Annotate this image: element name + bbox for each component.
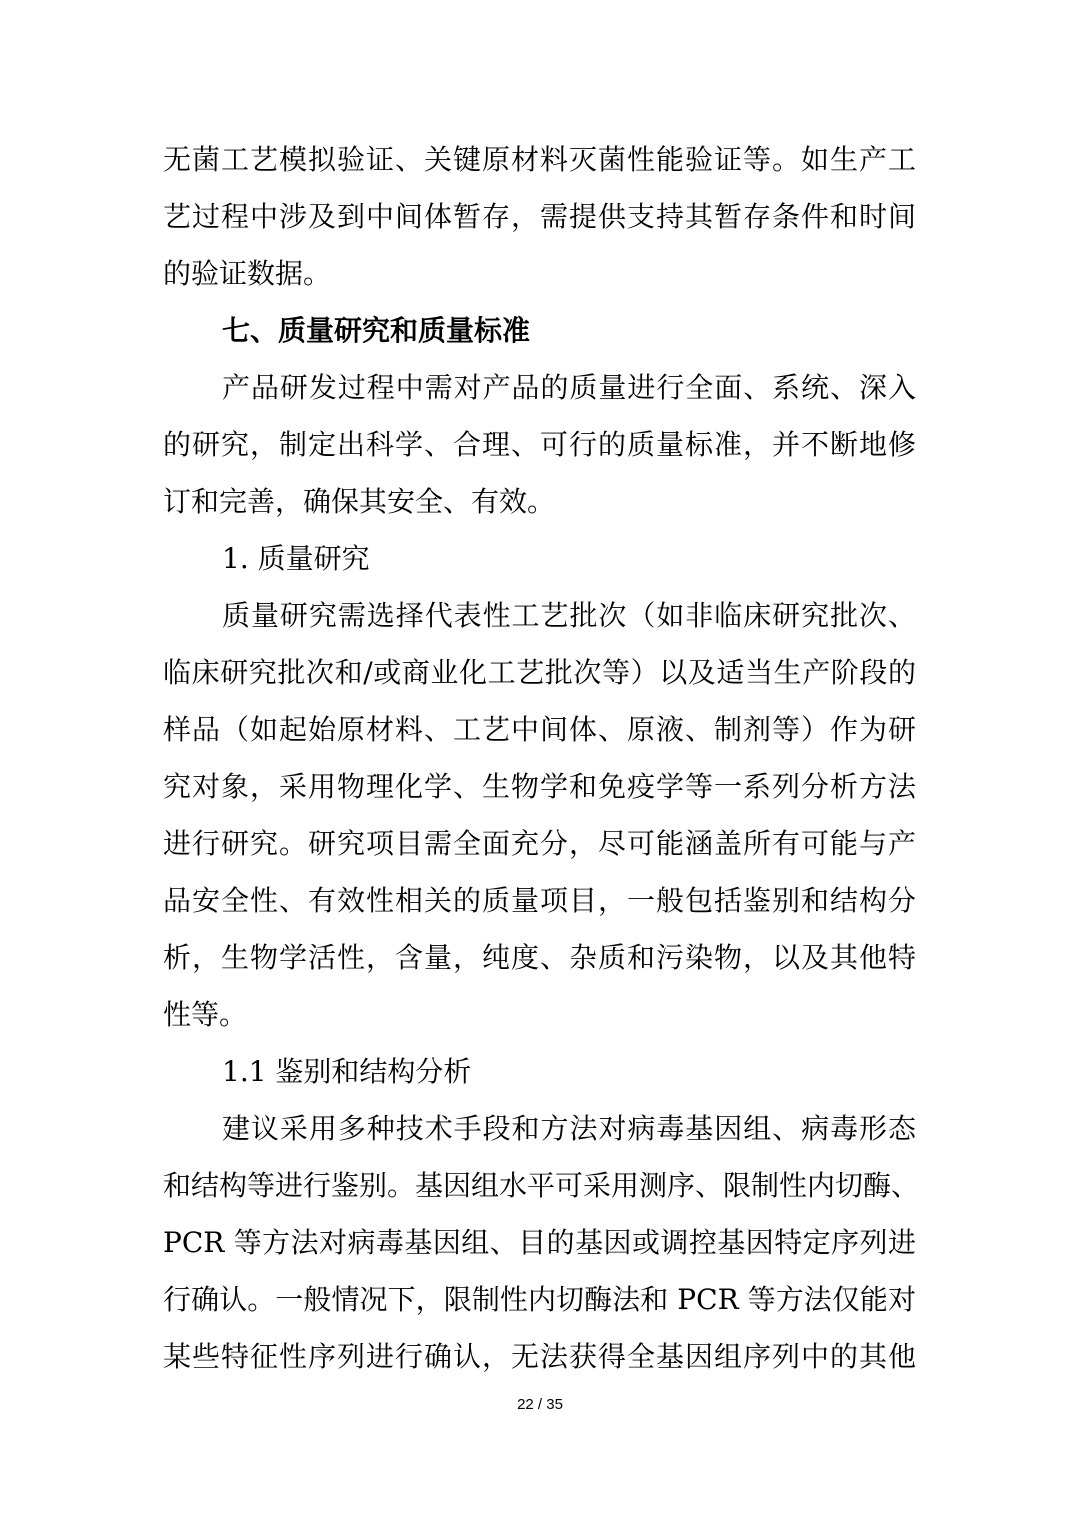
body-text-line: 品安全性、有效性相关的质量项目，一般包括鉴别和结构分 [163,881,916,921]
document-page: 无菌工艺模拟验证、关键原材料灭菌性能验证等。如生产工艺过程中涉及到中间体暂存，需… [0,0,1080,1527]
section-heading: 七、质量研究和质量标准 [222,311,916,351]
paragraph-last-line: 的验证数据。 [163,254,916,294]
body-text-line: 临床研究批次和/或商业化工艺批次等）以及适当生产阶段的 [163,653,916,693]
body-text-line: 究对象，采用物理化学、生物学和免疫学等一系列分析方法 [163,767,916,807]
body-text-line: 样品（如起始原材料、工艺中间体、原液、制剂等）作为研 [163,710,916,750]
page-number: 22 / 35 [0,1395,1080,1415]
body-text-line: 行确认。一般情况下，限制性内切酶法和 PCR 等方法仅能对 [163,1280,916,1320]
body-text-line: 析，生物学活性，含量，纯度、杂质和污染物，以及其他特 [163,938,916,978]
body-text-line: 某些特征性序列进行确认，无法获得全基因组序列中的其他 [163,1337,916,1377]
body-text-line: 的研究，制定出科学、合理、可行的质量标准，并不断地修 [163,425,916,465]
paragraph-first-line: 产品研发过程中需对产品的质量进行全面、系统、深入 [222,368,916,408]
subsection-heading: 1. 质量研究 [222,539,916,579]
paragraph-last-line: 订和完善，确保其安全、有效。 [163,482,916,522]
paragraph-first-line: 质量研究需选择代表性工艺批次（如非临床研究批次、 [222,596,916,636]
body-text-line: PCR 等方法对病毒基因组、目的基因或调控基因特定序列进 [163,1223,916,1263]
body-text-line: 无菌工艺模拟验证、关键原材料灭菌性能验证等。如生产工 [163,140,916,180]
paragraph-first-line: 建议采用多种技术手段和方法对病毒基因组、病毒形态 [222,1109,916,1149]
paragraph-last-line: 性等。 [163,995,916,1035]
body-text-line: 艺过程中涉及到中间体暂存，需提供支持其暂存条件和时间 [163,197,916,237]
body-text-line: 和结构等进行鉴别。基因组水平可采用测序、限制性内切酶、 [163,1166,916,1206]
body-text-line: 进行研究。研究项目需全面充分，尽可能涵盖所有可能与产 [163,824,916,864]
subsection-heading: 1.1 鉴别和结构分析 [222,1052,916,1092]
